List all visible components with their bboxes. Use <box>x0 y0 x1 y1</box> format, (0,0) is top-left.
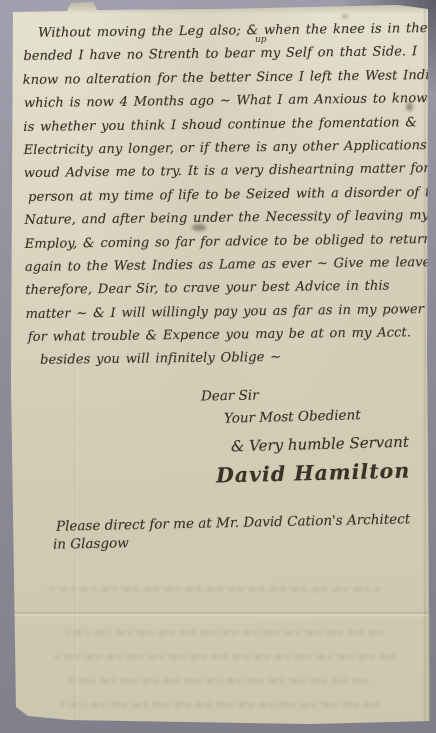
show-through-text <box>55 654 395 659</box>
interlinear-insertion: up <box>255 35 267 45</box>
show-through-text <box>70 678 370 683</box>
ink-smudge <box>342 14 348 19</box>
ink-smudge <box>192 224 206 231</box>
letter-line: besides you will infinitely Oblige ~ <box>26 345 430 373</box>
show-through-text <box>50 587 380 592</box>
postscript-line: Please direct for me at Mr. David Cation… <box>56 511 410 534</box>
letter-paper-sheet: Without moving the Leg also; & when the … <box>10 2 432 726</box>
ink-smudge <box>406 103 413 111</box>
paper-top-edge-shadow <box>10 2 432 16</box>
closing-salutation: Dear Sir <box>201 387 259 404</box>
show-through-text <box>65 630 385 635</box>
letter-body-text: Without moving the Leg also; & when the … <box>22 17 430 373</box>
closing-compliment-1: Your Most Obedient <box>224 407 361 427</box>
postscript-line: in Glasgow <box>53 535 129 552</box>
closing-compliment-2: & Very humble Servant <box>231 433 409 456</box>
letter-scan-photo: Without moving the Leg also; & when the … <box>0 0 436 733</box>
signature: David Hamilton <box>216 458 411 487</box>
show-through-text <box>60 702 380 707</box>
